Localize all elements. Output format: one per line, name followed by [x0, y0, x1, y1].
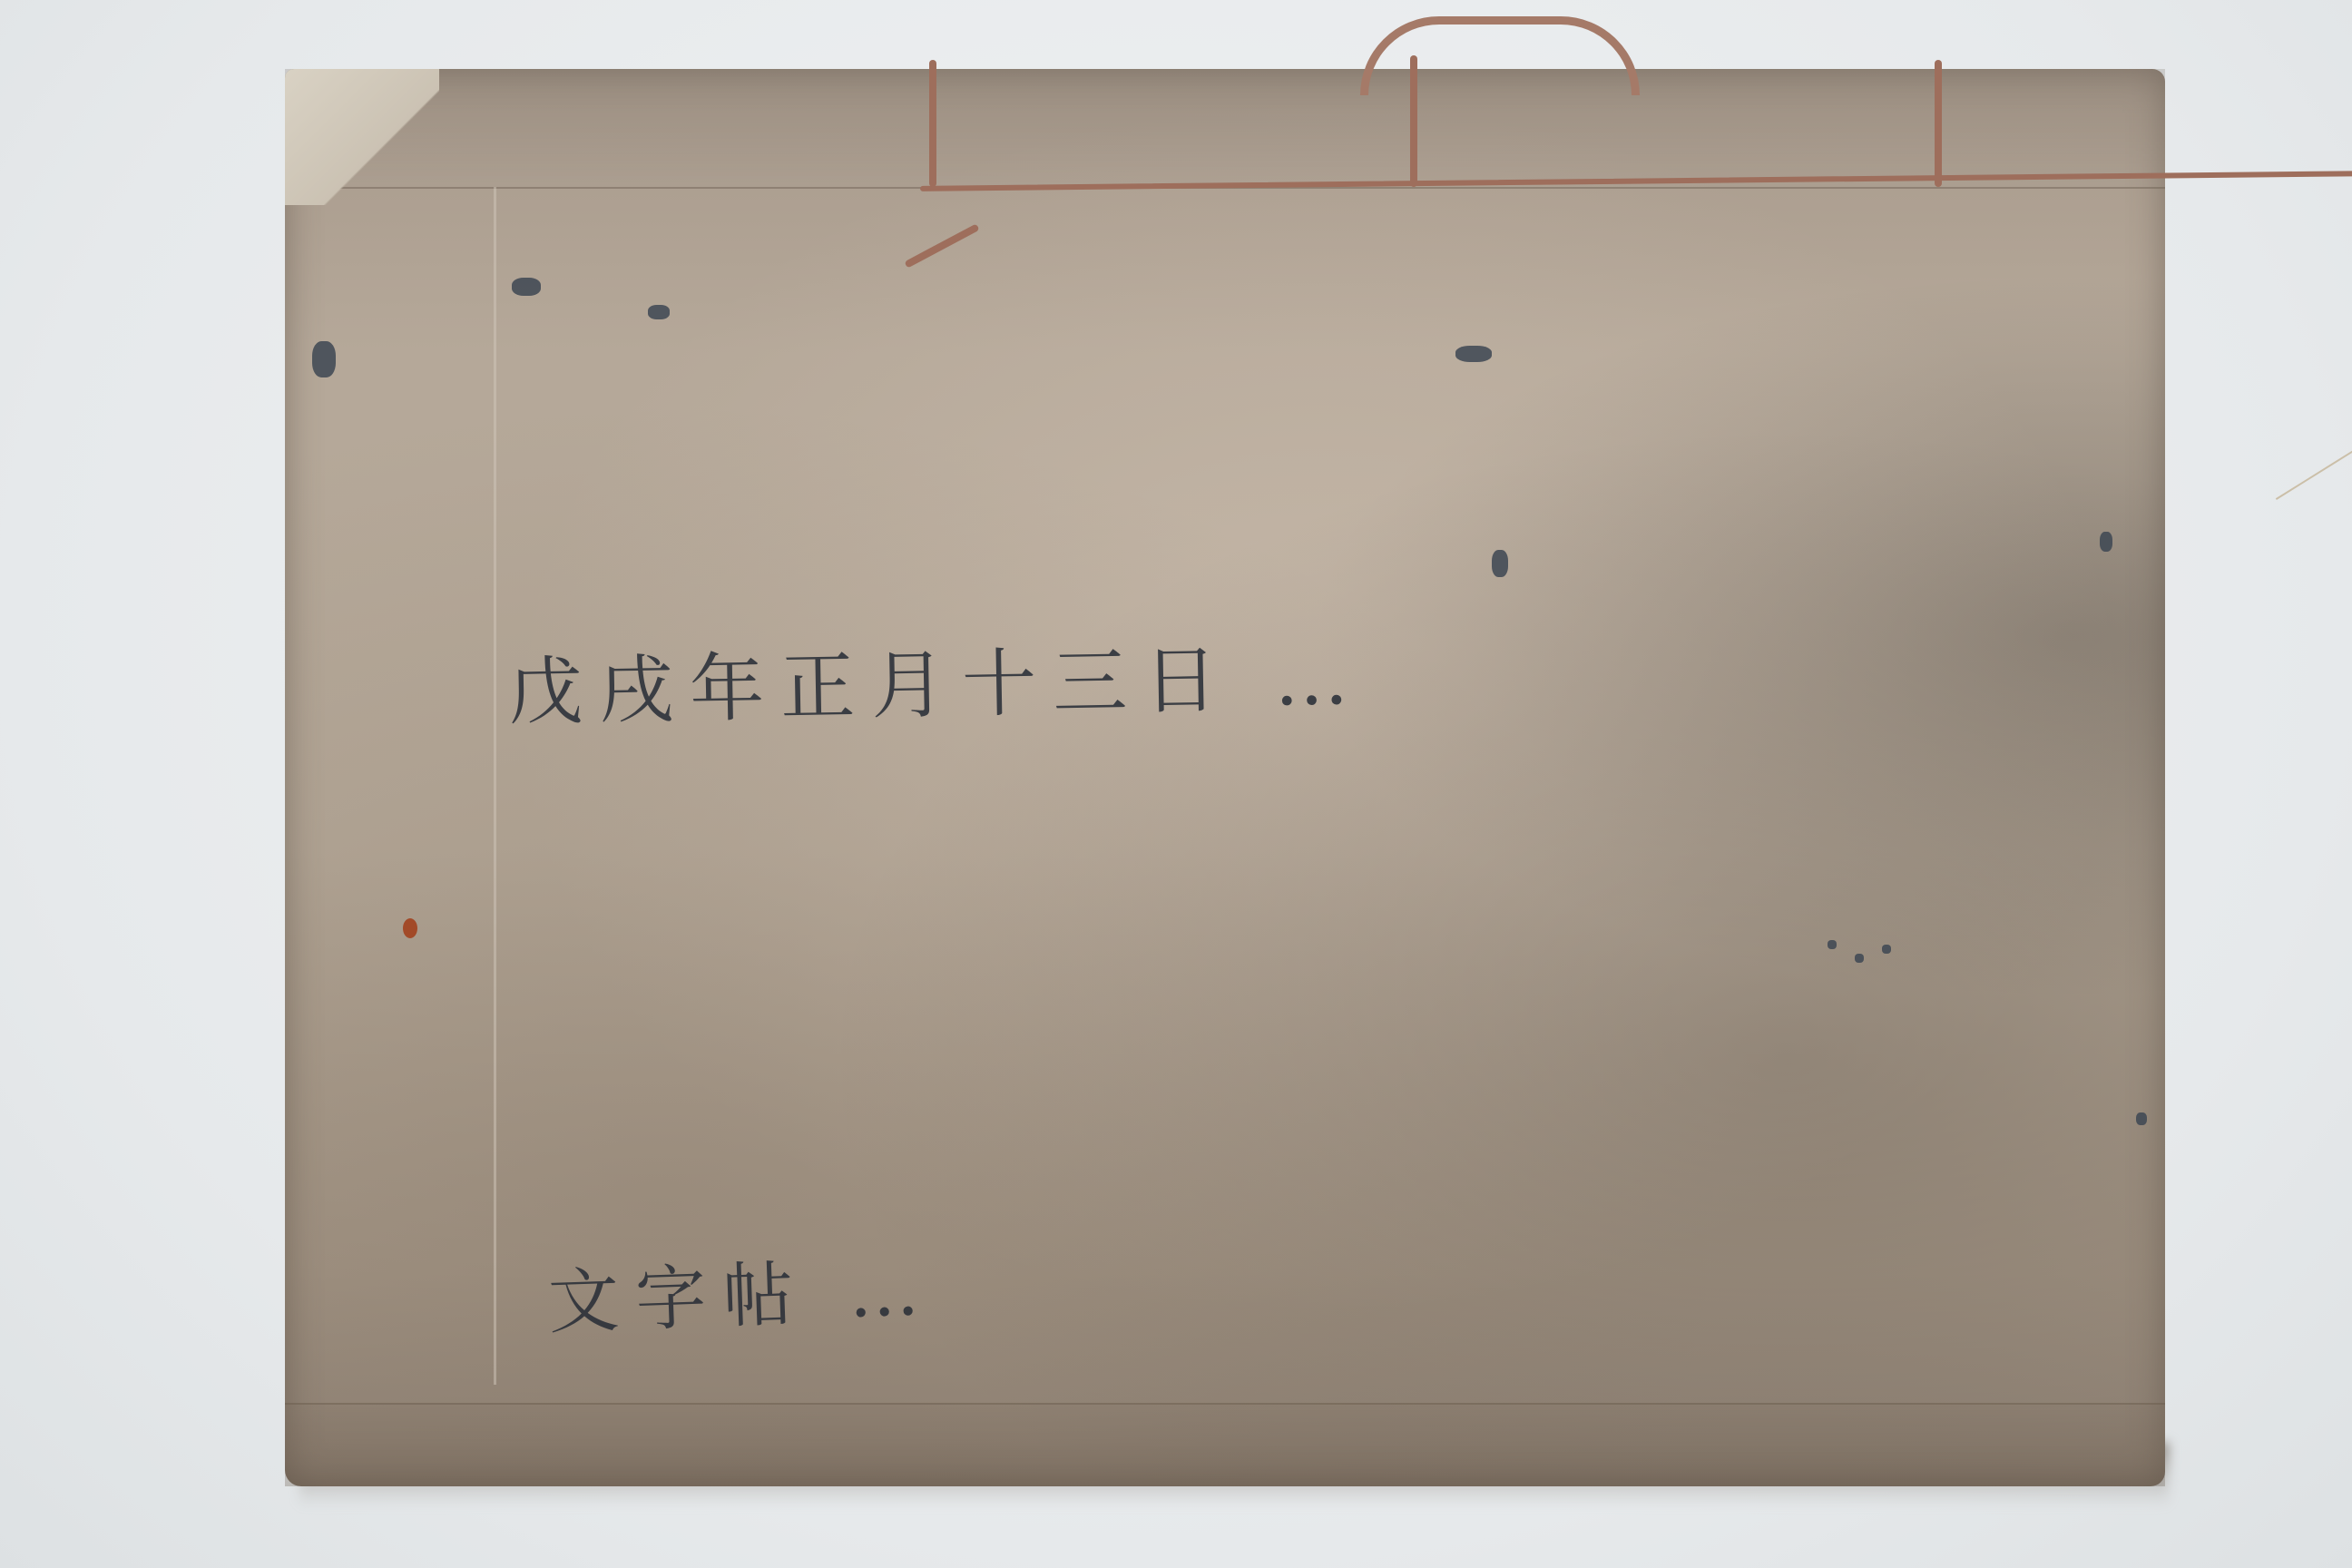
handwriting-line-2: 文字帖 … — [546, 1233, 936, 1348]
hanging-cord-loop — [1360, 16, 1640, 95]
ink-blot — [1492, 550, 1508, 577]
ink-blot — [2100, 532, 2112, 552]
ink-blot — [1882, 945, 1891, 954]
bottom-edge-band — [285, 1403, 2165, 1486]
ink-blot — [1455, 346, 1492, 362]
handwriting-line-1: 戊戌年正月十三日 … — [507, 619, 1366, 740]
cover-crease — [494, 187, 496, 1385]
cord-tail — [904, 223, 979, 268]
binding-stitch-1 — [929, 60, 936, 187]
ink-blot — [648, 305, 670, 319]
ink-blot — [312, 341, 336, 377]
ink-blot — [1828, 940, 1837, 949]
corner-fold — [285, 69, 439, 205]
binding-band — [285, 69, 2165, 189]
binding-stitch-3 — [1935, 60, 1942, 187]
rust-stain — [403, 918, 417, 938]
binding-stitch-2 — [1410, 55, 1417, 187]
ink-blot — [2136, 1112, 2147, 1125]
ink-blot — [1855, 954, 1864, 963]
ink-blot — [512, 278, 541, 296]
book-cover: 戊戌年正月十三日 … 文字帖 … — [285, 69, 2165, 1486]
